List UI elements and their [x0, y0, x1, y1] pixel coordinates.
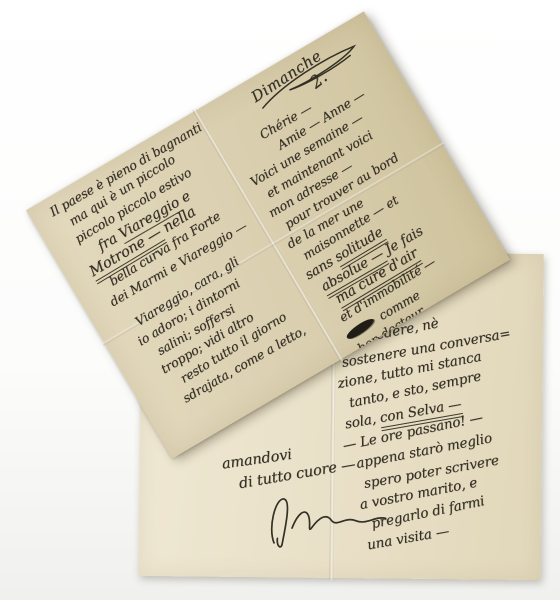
letter-photograph: amandovidi tutto cuore — … onch'io nèmi …	[0, 0, 560, 600]
